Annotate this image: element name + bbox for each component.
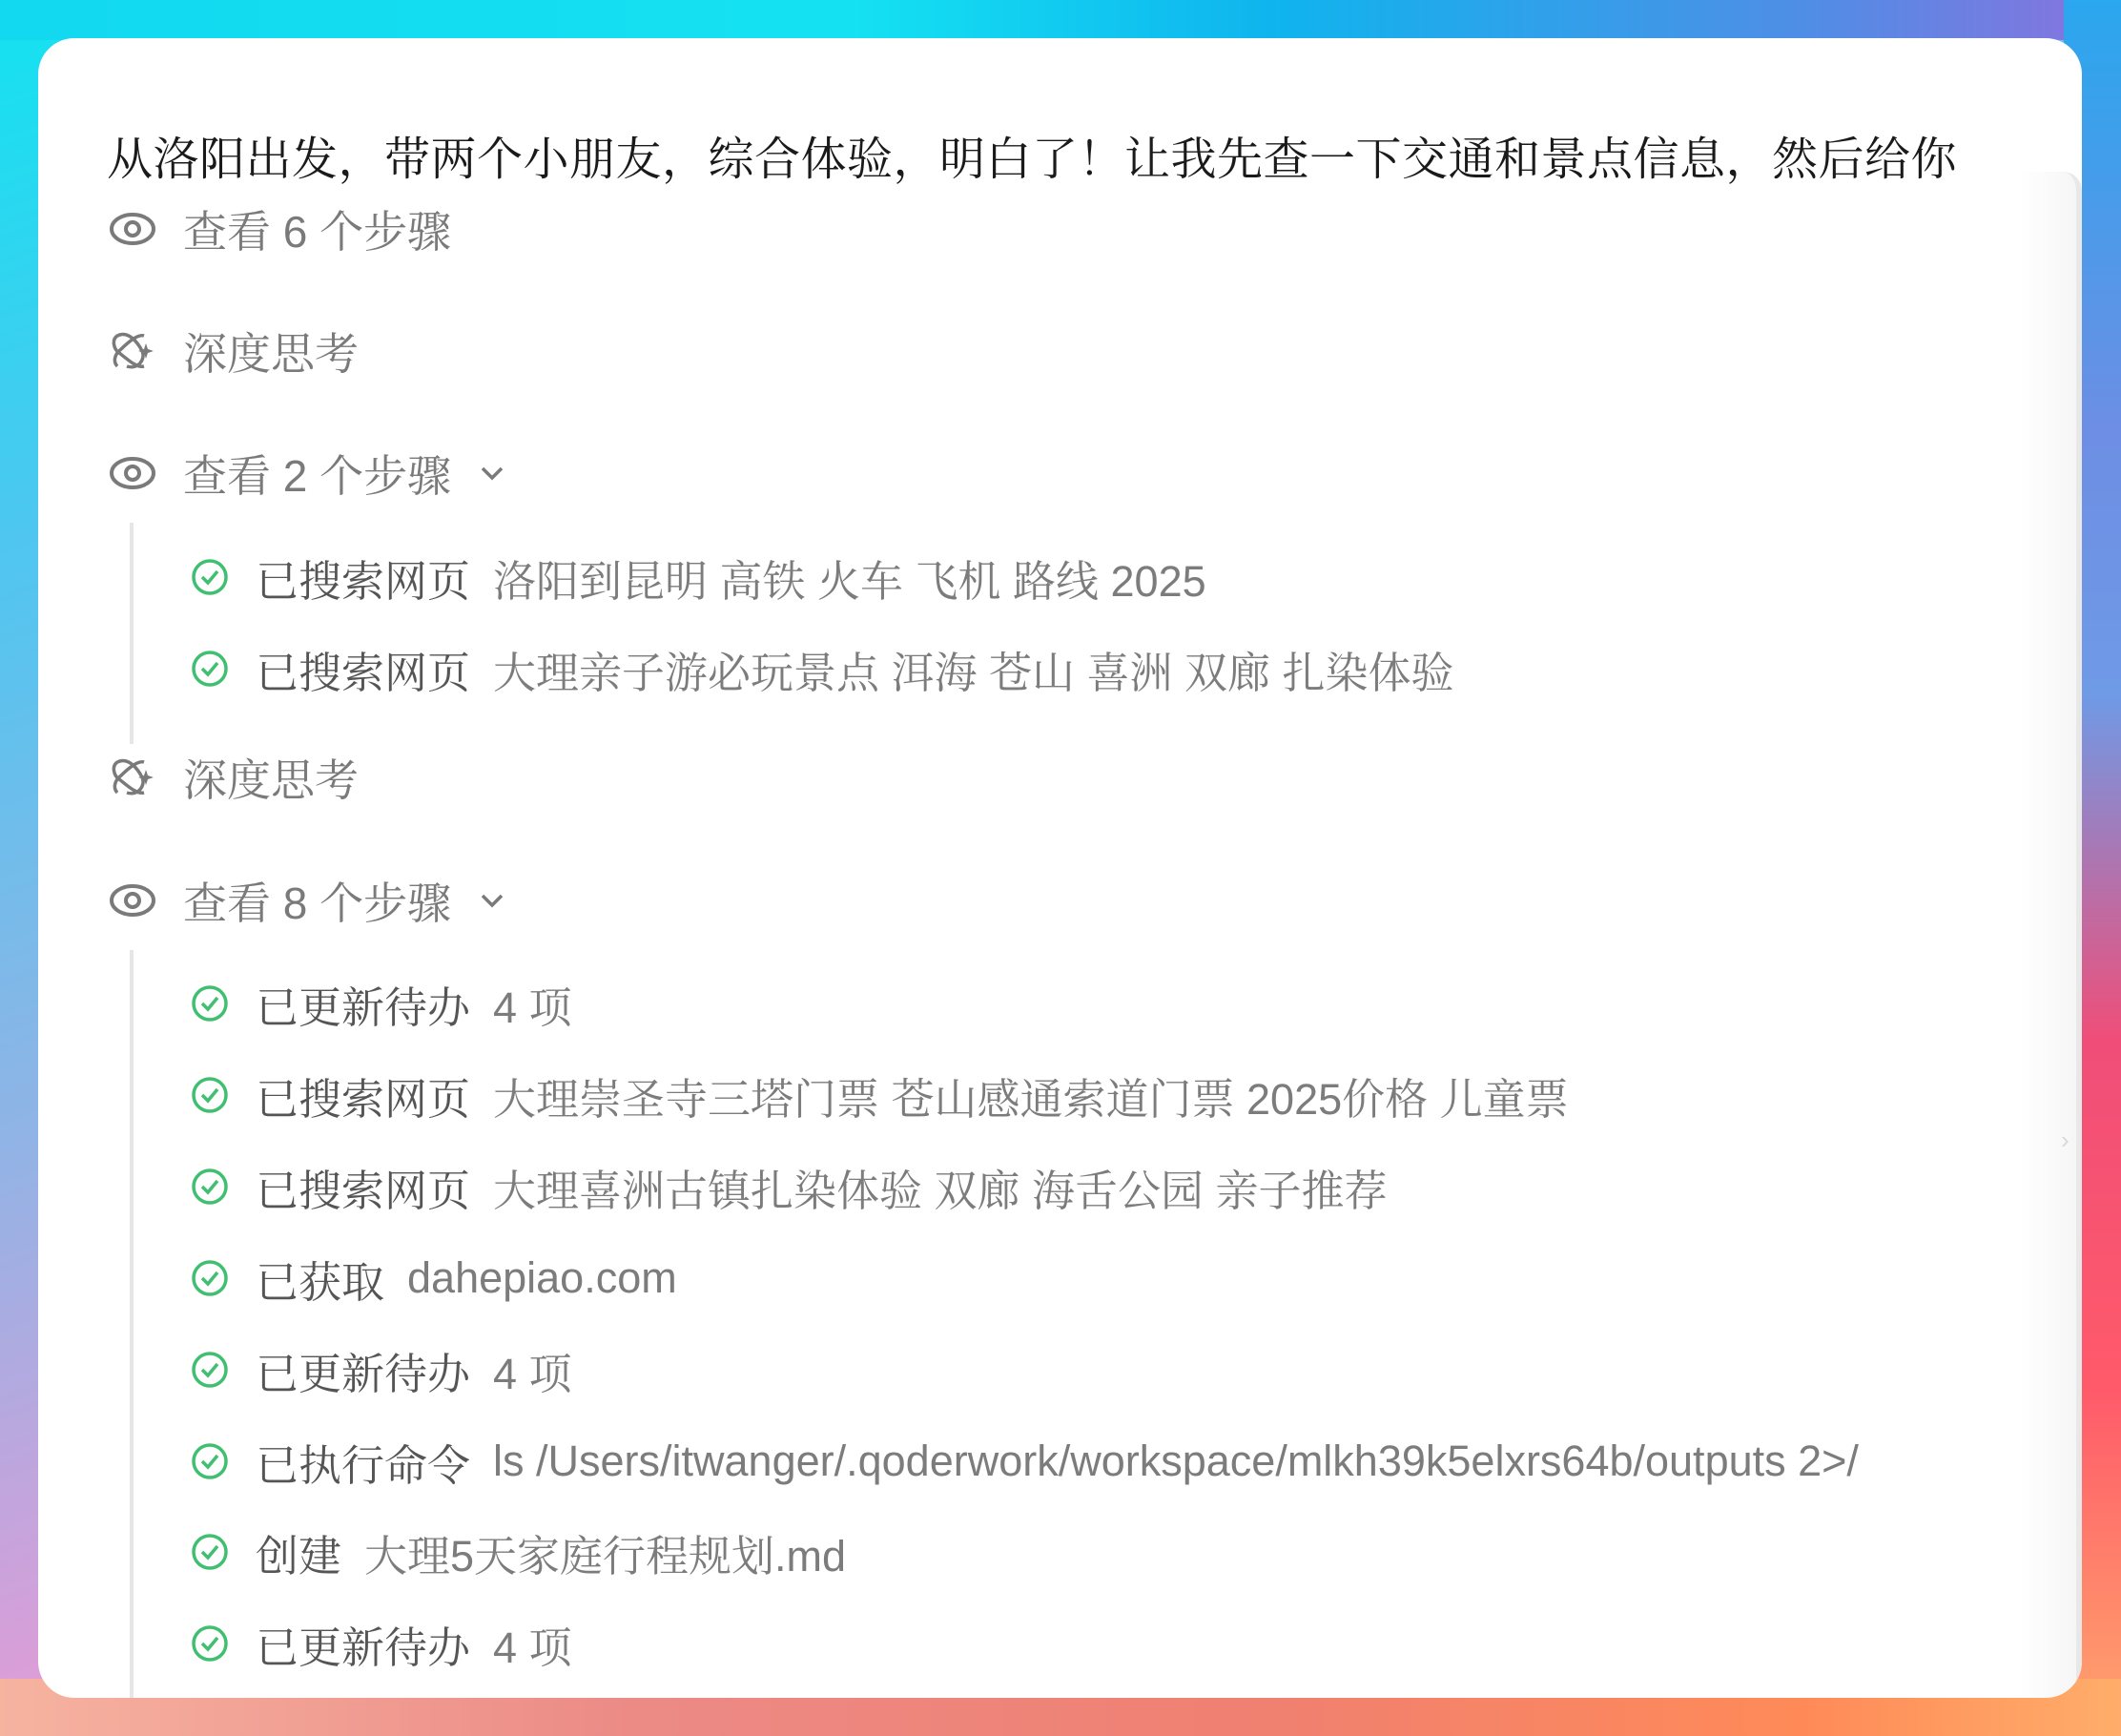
check-circle-icon: [189, 1531, 231, 1573]
step-detail-file[interactable]: 大理5天家庭行程规划.md: [364, 1521, 846, 1583]
step-action: 创建: [256, 1521, 341, 1583]
step-action: 已搜索网页: [256, 638, 470, 700]
check-circle-icon: [189, 1440, 231, 1482]
check-circle-icon: [189, 556, 231, 598]
assistant-message-text: 从洛阳出发，带两个小朋友，综合体验，明白了！让我先查一下交通和景点信息，然后给你: [107, 122, 1957, 188]
chevron-right-icon[interactable]: ›: [2061, 1126, 2074, 1154]
step-detail: 大理喜洲古镇扎染体验 双廊 海舌公园 亲子推荐: [493, 1156, 1388, 1218]
step-action: 已执行命令: [256, 1431, 470, 1493]
tree-connector-line: [130, 523, 134, 744]
step-item[interactable]: 已获取 dahepiao.com: [189, 1250, 677, 1307]
step-detail: 洛阳到昆明 高铁 火车 飞机 路线 2025: [493, 547, 1206, 609]
tree-connector-line: [130, 950, 134, 1698]
step-action: 已搜索网页: [256, 547, 470, 609]
step-detail: 4 项: [493, 1339, 572, 1401]
step-group-view-6[interactable]: 查看 6 个步骤: [107, 200, 451, 258]
step-detail: 大理崇圣寺三塔门票 苍山感通索道门票 2025价格 儿童票: [493, 1064, 1569, 1126]
eye-icon: [107, 447, 158, 499]
step-item[interactable]: 创建 大理5天家庭行程规划.md: [189, 1523, 846, 1581]
step-item[interactable]: 已搜索网页 洛阳到昆明 高铁 火车 飞机 路线 2025: [189, 548, 1206, 606]
step-action: 已更新待办: [256, 1613, 470, 1675]
step-detail: 4 项: [493, 973, 572, 1035]
step-action: 已搜索网页: [256, 1064, 470, 1126]
deep-thinking-label: 深度思考: [183, 746, 359, 809]
eye-icon: [107, 875, 158, 926]
step-action: 已搜索网页: [256, 1156, 470, 1218]
step-item[interactable]: 已搜索网页 大理亲子游必玩景点 洱海 苍山 喜洲 双廊 扎染体验: [189, 640, 1454, 697]
deep-think-icon: [107, 752, 158, 803]
deep-thinking-label: 深度思考: [183, 320, 359, 382]
deep-thinking-toggle[interactable]: 深度思考: [107, 322, 359, 380]
check-circle-icon: [189, 1622, 231, 1664]
step-group-label: 查看 2 个步骤: [183, 442, 451, 505]
step-group-label: 查看 6 个步骤: [183, 197, 451, 260]
step-item[interactable]: 已更新待办 4 项: [189, 1615, 572, 1672]
step-group-view-2[interactable]: 查看 2 个步骤: [107, 444, 508, 502]
step-item[interactable]: 已执行命令 ls /Users/itwanger/.qoderwork/work…: [189, 1433, 1859, 1490]
step-detail: 大理亲子游必玩景点 洱海 苍山 喜洲 双廊 扎染体验: [493, 638, 1454, 700]
eye-icon: [107, 203, 158, 255]
step-item[interactable]: 已搜索网页 大理崇圣寺三塔门票 苍山感通索道门票 2025价格 儿童票: [189, 1066, 1569, 1124]
chevron-down-icon[interactable]: [478, 885, 508, 916]
check-circle-icon: [189, 1074, 231, 1116]
step-detail-link[interactable]: dahepiao.com: [407, 1253, 677, 1303]
check-circle-icon: [189, 648, 231, 690]
check-circle-icon: [189, 1257, 231, 1299]
step-action: 已更新待办: [256, 1339, 470, 1401]
deep-thinking-toggle[interactable]: 深度思考: [107, 749, 359, 806]
check-circle-icon: [189, 1166, 231, 1208]
step-action: 已更新待办: [256, 973, 470, 1035]
step-detail: 4 项: [493, 1613, 572, 1675]
step-detail-command: ls /Users/itwanger/.qoderwork/workspace/…: [493, 1436, 1859, 1486]
side-panel-edge[interactable]: ›: [2019, 172, 2082, 1698]
step-group-label: 查看 8 个步骤: [183, 869, 451, 932]
step-action: 已获取: [256, 1248, 384, 1310]
background-gradient-top: [0, 0, 2121, 40]
chat-message-card: › 从洛阳出发，带两个小朋友，综合体验，明白了！让我先查一下交通和景点信息，然后…: [38, 38, 2082, 1698]
step-item[interactable]: 已更新待办 4 项: [189, 1341, 572, 1398]
step-item[interactable]: 已搜索网页 大理喜洲古镇扎染体验 双廊 海舌公园 亲子推荐: [189, 1158, 1388, 1215]
check-circle-icon: [189, 982, 231, 1024]
check-circle-icon: [189, 1349, 231, 1391]
step-item[interactable]: 已更新待办 4 项: [189, 975, 572, 1032]
chevron-down-icon[interactable]: [478, 458, 508, 488]
deep-think-icon: [107, 325, 158, 377]
step-group-view-8[interactable]: 查看 8 个步骤: [107, 872, 508, 929]
